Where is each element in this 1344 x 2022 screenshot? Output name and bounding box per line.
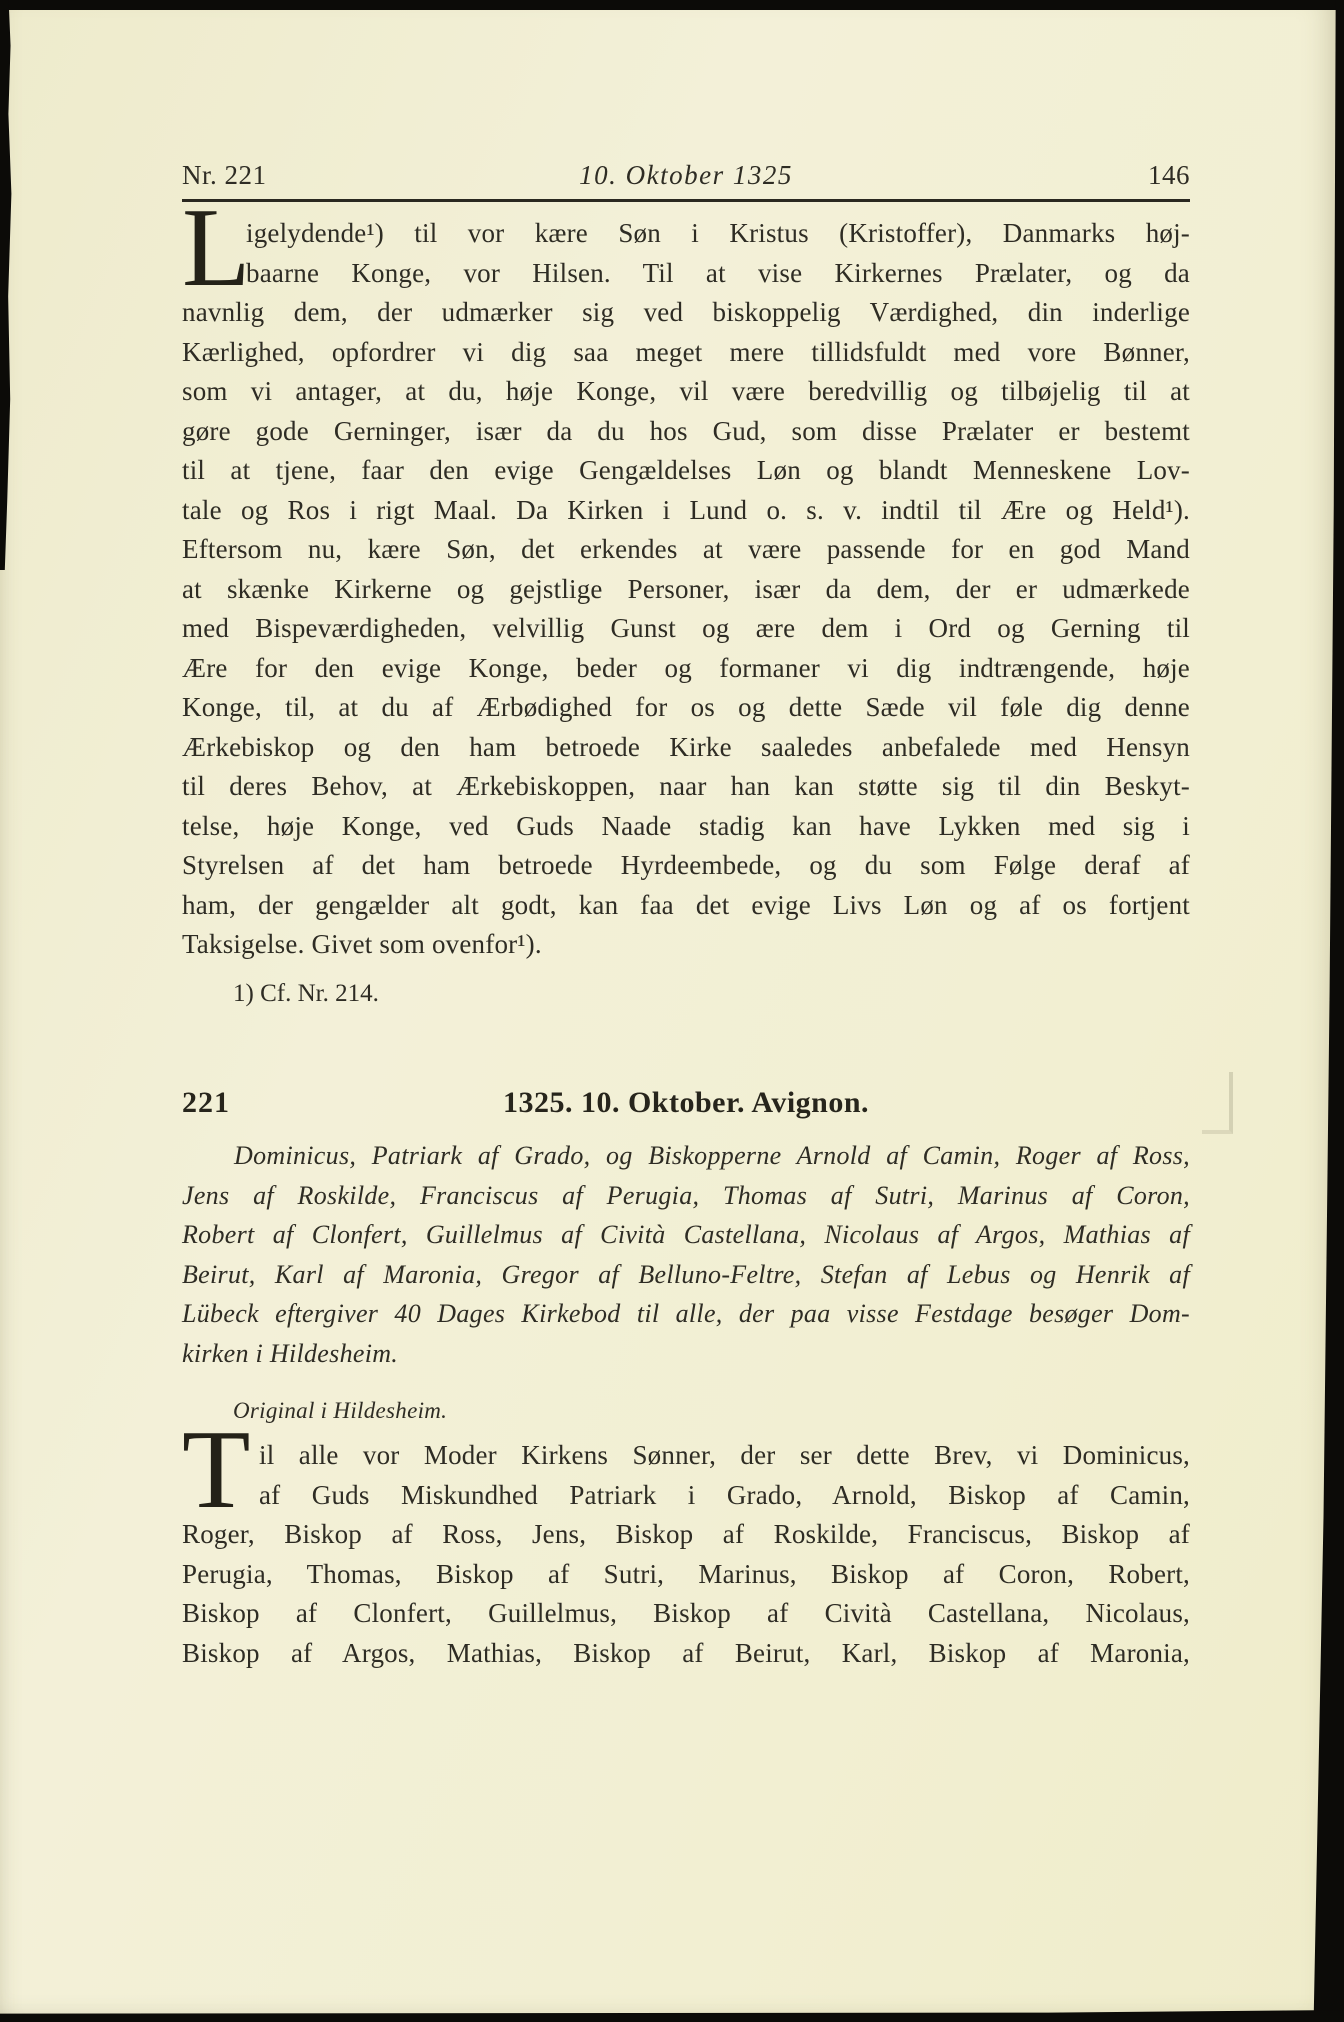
text-line: Ære for den evige Konge, beder og forman… [182,649,1190,689]
text-line: Ærkebiskop og den ham betroede Kirke saa… [182,728,1190,768]
source-note: Original i Hildesheim. [233,1398,447,1424]
header-rule [182,199,1190,202]
drop-cap-T: T [182,1414,250,1526]
text-line: il alle vor Moder Kirkens Sønner, der se… [182,1436,1190,1476]
scanned-book-page: Nr. 221 10. Oktober 1325 146 L igelydend… [0,0,1344,2022]
entry-date-place: 1325. 10. Oktober. Avignon. [182,1086,1190,1120]
header-date: 10. Oktober 1325 [182,160,1190,191]
footnote: 1) Cf. Nr. 214. [182,980,1190,1008]
ink-bleedthrough-mark [1202,1072,1233,1134]
text-line: Lübeck eftergiver 40 Dages Kirkebod til … [182,1294,1190,1334]
scan-artifact-top-bar [0,0,1344,10]
entry-body-paragraph: T il alle vor Moder Kirkens Sønner, der … [182,1436,1190,1673]
text-line: kirken i Hildesheim. [182,1334,1190,1374]
text-line: til at tjene, faar den evige Gengældelse… [182,451,1190,491]
text-line: baarne Konge, vor Hilsen. Til at vise Ki… [182,254,1190,294]
text-line: Jens af Roskilde, Franciscus af Perugia,… [182,1176,1190,1216]
text-line: Dominicus, Patriark af Grado, og Biskopp… [182,1136,1190,1176]
scan-artifact-right-edge [1312,0,1344,2022]
text-line: med Bispeværdigheden, velvillig Gunst og… [182,609,1190,649]
text-line: til deres Behov, at Ærkebiskoppen, naar … [182,767,1190,807]
entry-heading: 221 1325. 10. Oktober. Avignon. [182,1086,1190,1120]
text-line: tale og Ros i rigt Maal. Da Kirken i Lun… [182,491,1190,531]
text-line: Styrelsen af det ham betroede Hyrdeembed… [182,846,1190,886]
text-line: Eftersom nu, kære Søn, det erkendes at v… [182,530,1190,570]
text-line: Beirut, Karl af Maronia, Gregor af Bellu… [182,1255,1190,1295]
scan-artifact-left-edge [0,0,12,570]
text-line: Biskop af Argos, Mathias, Biskop af Beir… [182,1634,1190,1674]
entry-summary-paragraph: Dominicus, Patriark af Grado, og Biskopp… [182,1136,1190,1373]
scan-artifact-bottom-bar [0,2010,1344,2022]
text-line: Perugia, Thomas, Biskop af Sutri, Marinu… [182,1555,1190,1595]
text-line: telse, høje Konge, ved Guds Naade stadig… [182,807,1190,847]
text-line: Taksigelse. Givet som ovenfor¹). [182,925,1190,965]
text-line: Robert af Clonfert, Guillelmus af Cività… [182,1215,1190,1255]
text-line: som vi antager, at du, høje Konge, vil v… [182,372,1190,412]
page-header: Nr. 221 10. Oktober 1325 146 [182,160,1190,194]
text-line: igelydende¹) til vor kære Søn i Kristus … [182,214,1190,254]
entry-number: 221 [182,1086,230,1120]
text-line: gøre gode Gerninger, især da du hos Gud,… [182,412,1190,452]
text-line: at skænke Kirkerne og gejstlige Personer… [182,570,1190,610]
text-line: Biskop af Clonfert, Guillelmus, Biskop a… [182,1594,1190,1634]
header-page-number: 146 [1148,160,1190,191]
text-line: Kærlighed, opfordrer vi dig saa meget me… [182,333,1190,373]
text-line: Konge, til, at du af Ærbødighed for os o… [182,688,1190,728]
letter-body-paragraph: L igelydende¹) til vor kære Søn i Kristu… [182,214,1190,965]
text-line: navnlig dem, der udmærker sig ved biskop… [182,293,1190,333]
text-line: ham, der gengælder alt godt, kan faa det… [182,886,1190,926]
text-line: af Guds Miskundhed Patriark i Grado, Arn… [182,1476,1190,1516]
text-line: Roger, Biskop af Ross, Jens, Biskop af R… [182,1515,1190,1555]
drop-cap-L: L [182,192,250,304]
